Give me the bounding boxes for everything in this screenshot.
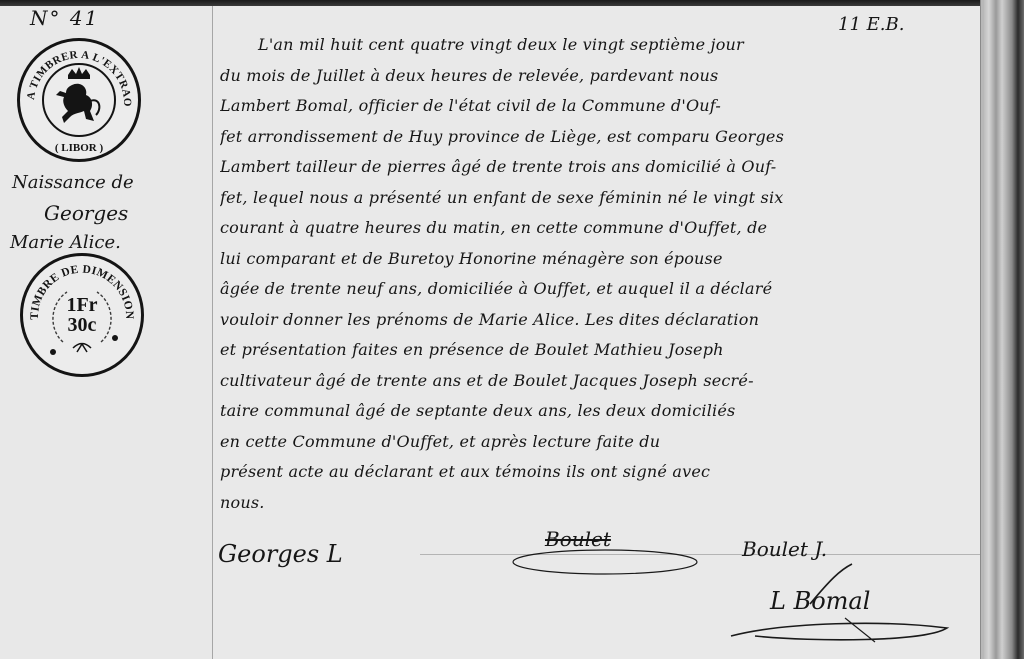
act-number: N° 41 — [30, 6, 99, 30]
act-line: taire communal âgé de septante deux ans,… — [220, 396, 982, 427]
act-line: L'an mil huit cent quatre vingt deux le … — [220, 30, 982, 61]
act-line: fet arrondissement de Huy province de Li… — [220, 122, 982, 153]
act-line: Lambert tailleur de pierres âgé de trent… — [220, 152, 982, 183]
act-line: et présentation faites en présence de Bo… — [220, 335, 982, 366]
book-binding-edge — [984, 0, 1024, 659]
margin-note-title: Naissance de — [8, 168, 208, 198]
crowned-lion-icon: A TIMBRER A L'EXTRAORDINAIRE ( LIBOR ) — [20, 41, 138, 159]
act-line: vouloir donner les prénoms de Marie Alic… — [220, 305, 982, 336]
signature-witness-2: Boulet J. — [742, 537, 827, 561]
act-line: du mois de Juillet à deux heures de rele… — [220, 61, 982, 92]
signature-flourish-icon — [505, 540, 705, 580]
margin-note-surname: Georges — [8, 198, 208, 228]
act-line: lui comparant et de Buretoy Honorine mén… — [220, 244, 982, 275]
svg-text:( LIBOR ): ( LIBOR ) — [55, 142, 104, 154]
stamp-value-centimes: 30c — [66, 315, 97, 335]
birth-act-text: L'an mil huit cent quatre vingt deux le … — [220, 30, 982, 518]
signature-flourish-icon — [725, 612, 955, 648]
timbre-de-dimension-stamp: TIMBRE DE DIMENSION 1Fr 30c — [20, 253, 144, 377]
act-line: cultivateur âgé de trente ans et de Boul… — [220, 366, 982, 397]
stamp-value: 1Fr 30c — [66, 295, 97, 335]
signature-flourish-icon — [800, 560, 860, 610]
extraordinaire-stamp: A TIMBRER A L'EXTRAORDINAIRE ( LIBOR ) — [17, 38, 141, 162]
act-line: fet, lequel nous a présenté un enfant de… — [220, 183, 982, 214]
act-line: nous. — [220, 488, 982, 519]
margin-birth-note: Naissance de Georges Marie Alice. — [8, 168, 208, 258]
act-line: en cette Commune d'Ouffet, et après lect… — [220, 427, 982, 458]
act-line: courant à quatre heures du matin, en cet… — [220, 213, 982, 244]
act-line: âgée de trente neuf ans, domiciliée à Ou… — [220, 274, 982, 305]
margin-note-given-names: Marie Alice. — [8, 228, 208, 258]
stamp-value-francs: 1Fr — [66, 295, 97, 315]
act-line: Lambert Bomal, officier de l'état civil … — [220, 91, 982, 122]
margin-rule-line — [212, 6, 213, 659]
signature-declarant: Georges L — [218, 540, 343, 568]
act-line: présent acte au déclarant et aux témoins… — [220, 457, 982, 488]
